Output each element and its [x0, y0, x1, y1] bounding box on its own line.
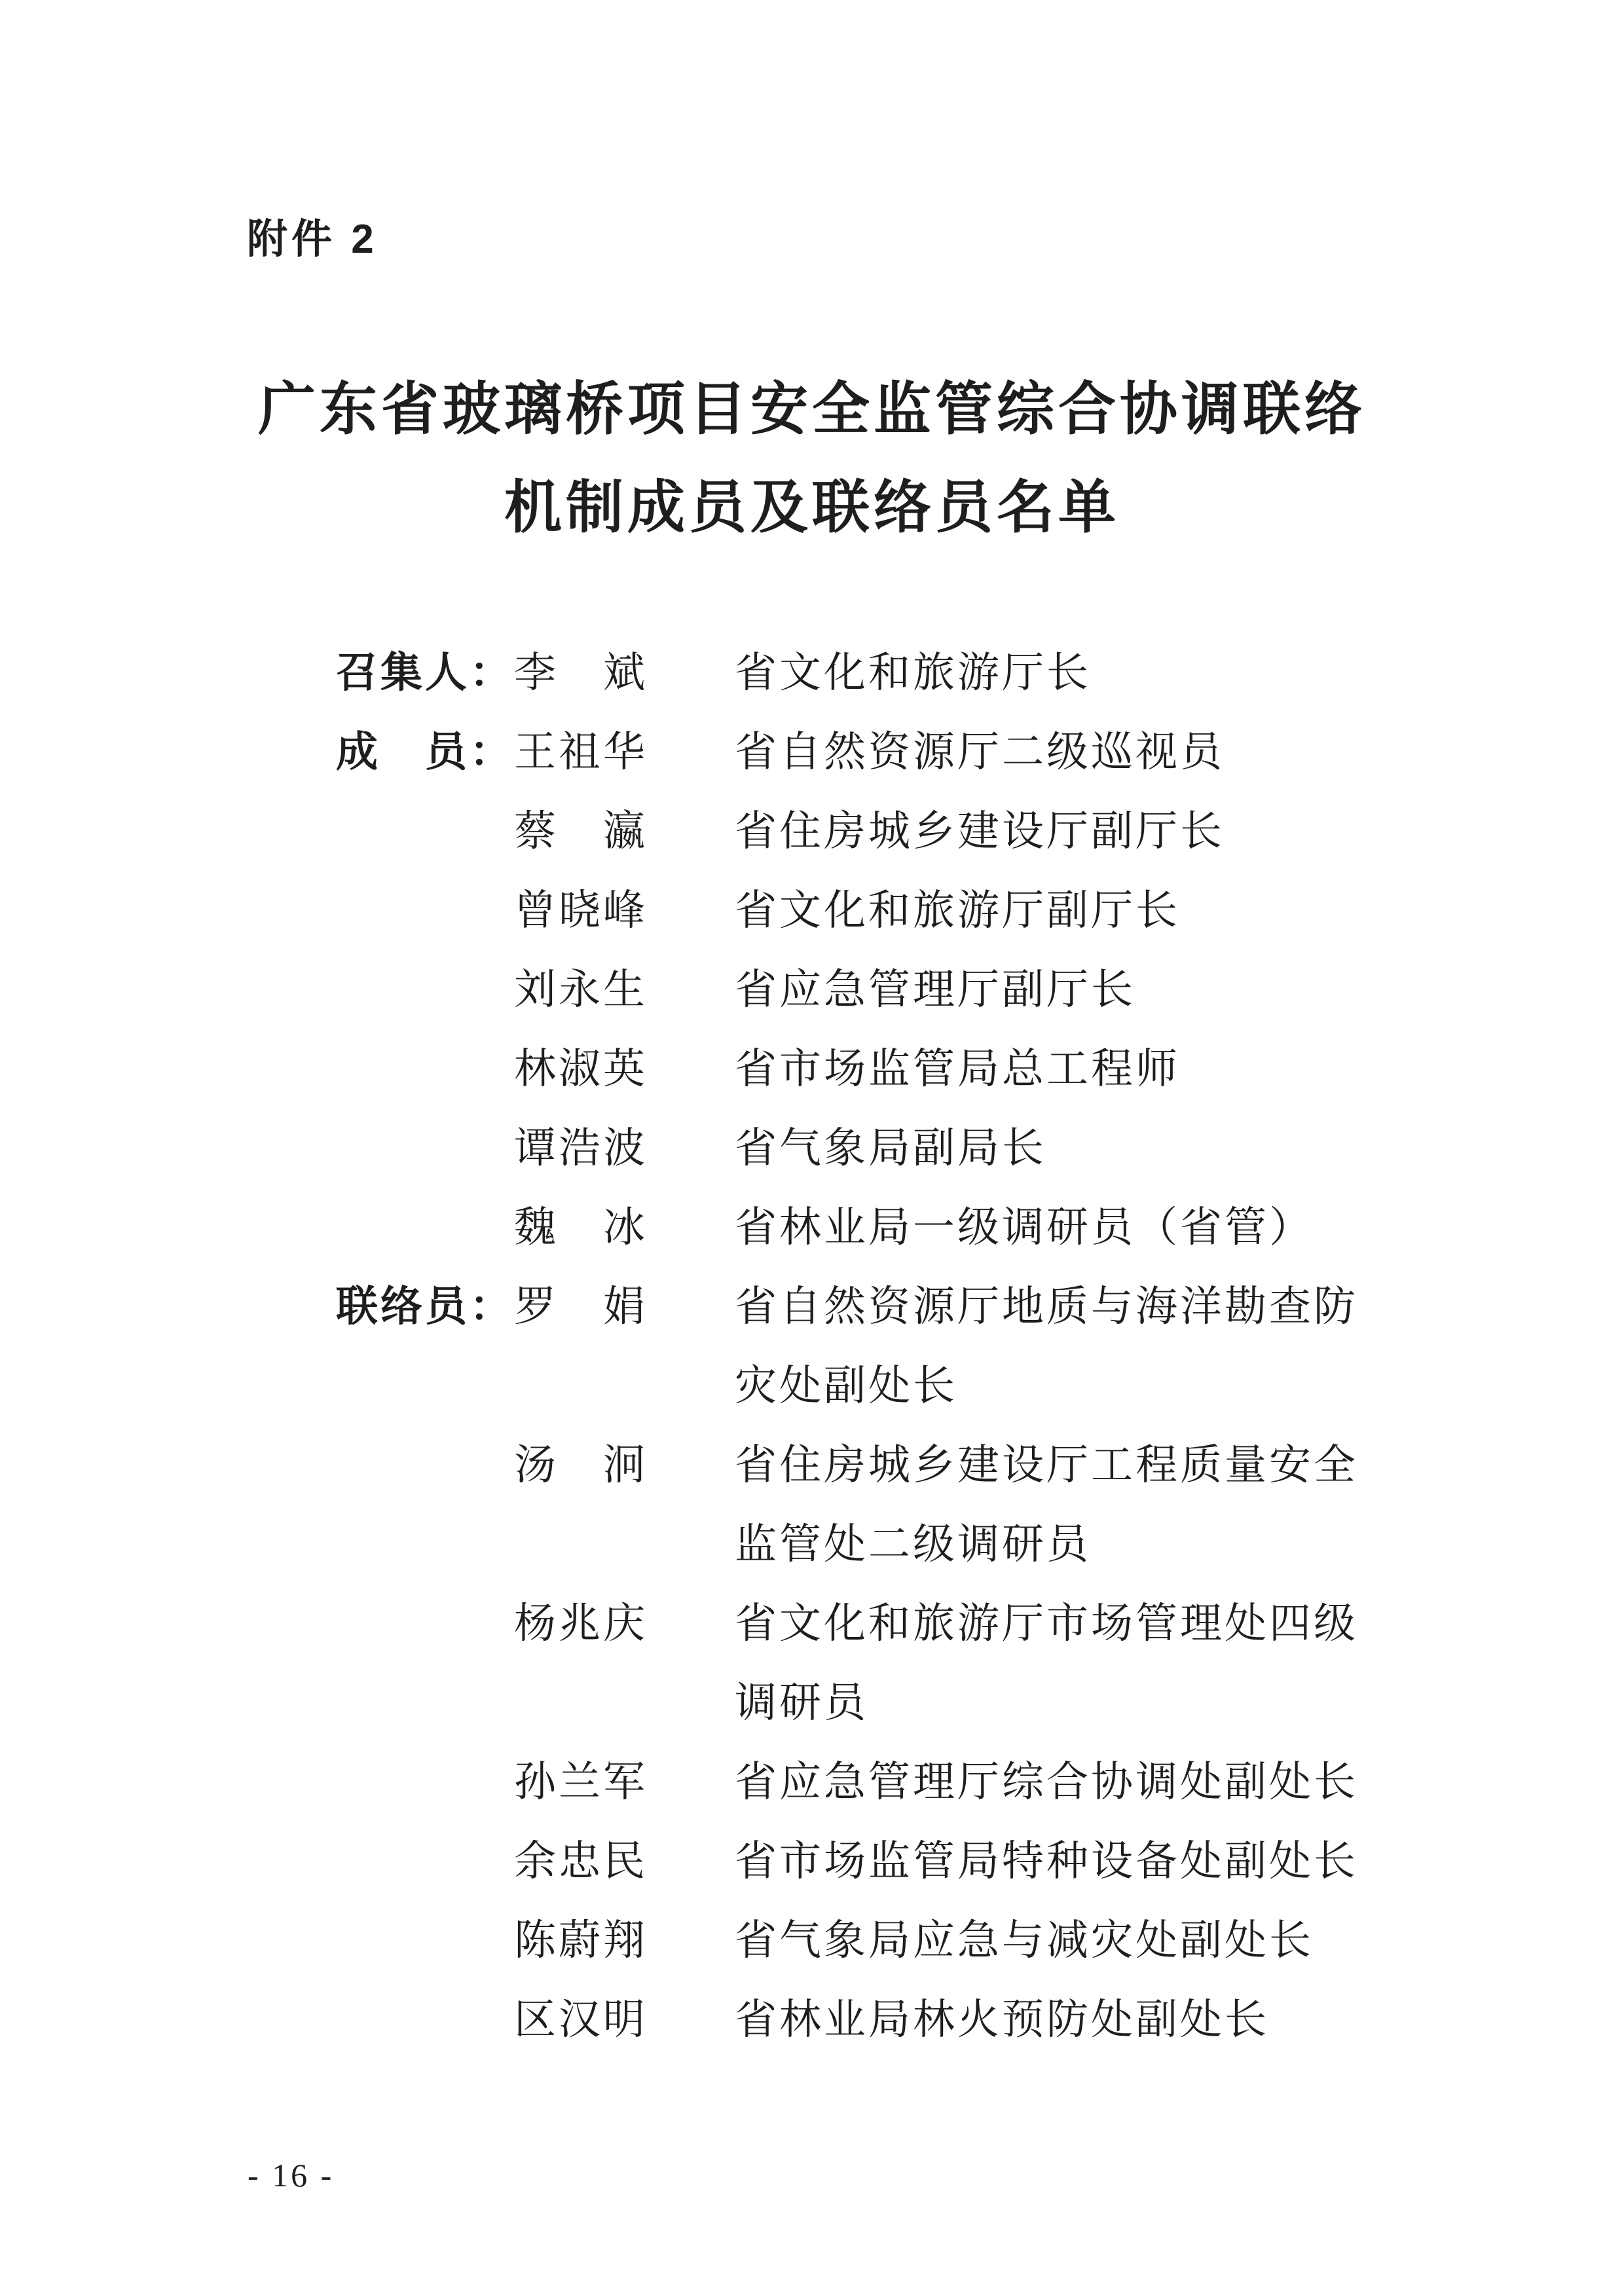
member-name: 罗 娟: [514, 1267, 735, 1346]
document-title-line1: 广东省玻璃桥项目安全监管综合协调联络: [0, 361, 1624, 460]
roster-row: 灾处副处长: [336, 1346, 1358, 1425]
member-title-continuation: 调研员: [735, 1663, 868, 1742]
member-title: 省自然资源厅二级巡视员: [735, 712, 1225, 792]
document-title-line2: 机制成员及联络员名单: [0, 460, 1624, 558]
role-label: [336, 1346, 514, 1425]
member-name: 陈蔚翔: [514, 1901, 735, 1980]
role-label: [336, 1822, 514, 1901]
role-label: [336, 1029, 514, 1109]
member-name: 魏 冰: [514, 1188, 735, 1267]
member-title: 省文化和旅游厅长: [735, 633, 1091, 712]
roster-row: 杨兆庆 省文化和旅游厅市场管理处四级: [336, 1584, 1358, 1663]
role-label: [336, 1901, 514, 1980]
member-name: 余忠民: [514, 1822, 735, 1901]
page-number: - 16 -: [248, 2156, 334, 2195]
role-label: [336, 950, 514, 1029]
member-title-continuation: 灾处副处长: [735, 1346, 957, 1425]
role-label: 召集人：: [336, 633, 514, 712]
member-name: 杨兆庆: [514, 1584, 735, 1663]
document-title: 广东省玻璃桥项目安全监管综合协调联络 机制成员及联络员名单: [0, 361, 1624, 558]
role-label: [336, 1505, 514, 1584]
member-title: 省林业局一级调研员（省管）: [735, 1188, 1314, 1267]
member-title-continuation: 监管处二级调研员: [735, 1505, 1091, 1584]
member-name: 李 斌: [514, 633, 735, 712]
member-title: 省应急管理厅综合协调处副处长: [735, 1742, 1358, 1822]
role-label: 联络员：: [336, 1267, 514, 1346]
member-name: [514, 1663, 735, 1742]
member-title: 省住房城乡建设厅工程质量安全: [735, 1425, 1358, 1505]
roster-list: 召集人： 李 斌 省文化和旅游厅长 成 员： 王祖华 省自然资源厅二级巡视员 蔡…: [336, 633, 1358, 2059]
role-label: [336, 1980, 514, 2059]
member-title: 省自然资源厅地质与海洋勘查防: [735, 1267, 1358, 1346]
member-name: 王祖华: [514, 712, 735, 792]
roster-row: 联络员： 罗 娟 省自然资源厅地质与海洋勘查防: [336, 1267, 1358, 1346]
attachment-label: 附件 2: [247, 216, 378, 263]
roster-row: 魏 冰 省林业局一级调研员（省管）: [336, 1188, 1358, 1267]
member-name: 刘永生: [514, 950, 735, 1029]
roster-row: 召集人： 李 斌 省文化和旅游厅长: [336, 633, 1358, 712]
role-label: [336, 1584, 514, 1663]
role-label: 成 员：: [336, 712, 514, 792]
role-label: [336, 871, 514, 950]
roster-row: 蔡 瀛 省住房城乡建设厅副厅长: [336, 792, 1358, 871]
roster-row: 陈蔚翔 省气象局应急与减灾处副处长: [336, 1901, 1358, 1980]
member-title: 省市场监管局总工程师: [735, 1029, 1180, 1109]
roster-row: 成 员： 王祖华 省自然资源厅二级巡视员: [336, 712, 1358, 792]
document-page: 附件 2 广东省玻璃桥项目安全监管综合协调联络 机制成员及联络员名单 召集人： …: [0, 0, 1624, 2295]
role-label: [336, 1742, 514, 1822]
roster-row: 余忠民 省市场监管局特种设备处副处长: [336, 1822, 1358, 1901]
roster-row: 孙兰军 省应急管理厅综合协调处副处长: [336, 1742, 1358, 1822]
role-label: [336, 1109, 514, 1188]
member-title: 省住房城乡建设厅副厅长: [735, 792, 1225, 871]
roster-row: 谭浩波 省气象局副局长: [336, 1109, 1358, 1188]
roster-row: 汤 泂 省住房城乡建设厅工程质量安全: [336, 1425, 1358, 1505]
member-name: 区汉明: [514, 1980, 735, 2059]
member-title: 省应急管理厅副厅长: [735, 950, 1135, 1029]
member-title: 省市场监管局特种设备处副处长: [735, 1822, 1358, 1901]
role-label: [336, 792, 514, 871]
member-title: 省气象局副局长: [735, 1109, 1046, 1188]
member-name: 孙兰军: [514, 1742, 735, 1822]
roster-row: 刘永生 省应急管理厅副厅长: [336, 950, 1358, 1029]
roster-row: 调研员: [336, 1663, 1358, 1742]
member-name: 林淑英: [514, 1029, 735, 1109]
member-title: 省林业局林火预防处副处长: [735, 1980, 1269, 2059]
member-name: [514, 1505, 735, 1584]
roster-row: 区汉明 省林业局林火预防处副处长: [336, 1980, 1358, 2059]
member-name: 汤 泂: [514, 1425, 735, 1505]
roster-row: 林淑英 省市场监管局总工程师: [336, 1029, 1358, 1109]
roster-row: 曾晓峰 省文化和旅游厅副厅长: [336, 871, 1358, 950]
member-name: 谭浩波: [514, 1109, 735, 1188]
role-label: [336, 1188, 514, 1267]
member-name: 曾晓峰: [514, 871, 735, 950]
role-label: [336, 1425, 514, 1505]
member-title: 省文化和旅游厅市场管理处四级: [735, 1584, 1358, 1663]
roster-row: 监管处二级调研员: [336, 1505, 1358, 1584]
member-title: 省气象局应急与减灾处副处长: [735, 1901, 1314, 1980]
member-title: 省文化和旅游厅副厅长: [735, 871, 1180, 950]
member-name: [514, 1346, 735, 1425]
role-label: [336, 1663, 514, 1742]
member-name: 蔡 瀛: [514, 792, 735, 871]
